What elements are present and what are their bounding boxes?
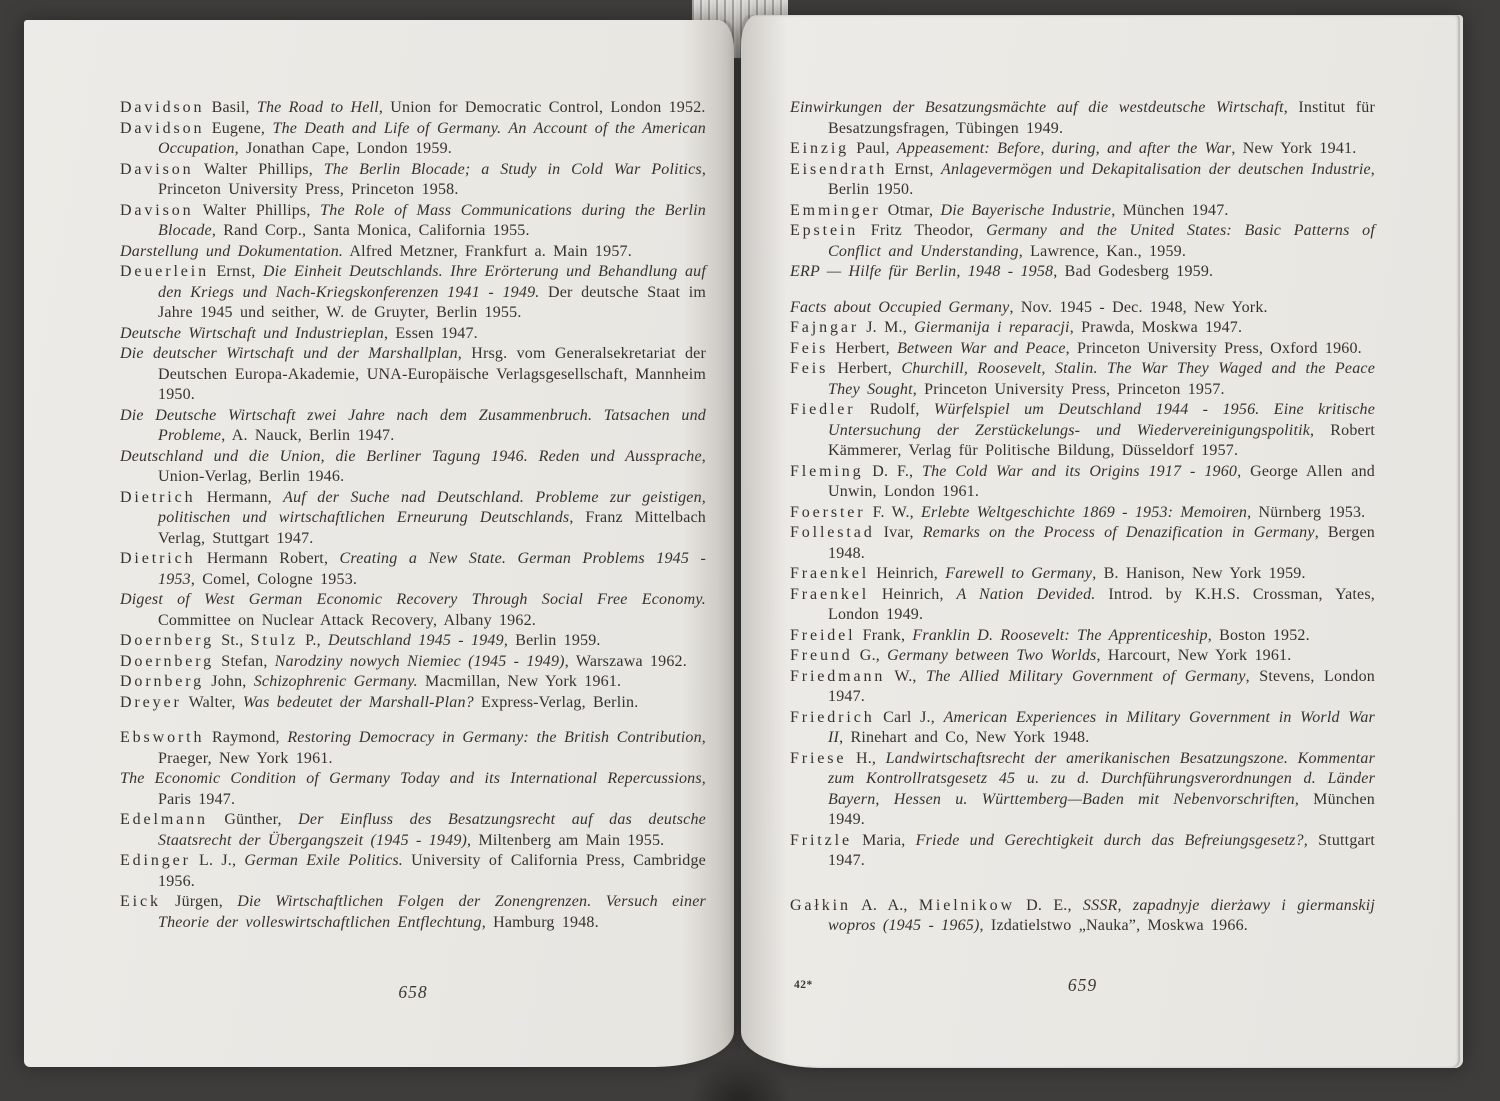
entry-title: Deutsche Wirtschaft und Industrieplan (120, 325, 384, 342)
entry-title: Schizophrenic Germany. (254, 673, 418, 690)
entry-text: Basil, (204, 99, 257, 116)
entry-text: , Jonathan Cape, London 1959. (235, 140, 452, 157)
entry-text: Günther, (208, 811, 298, 828)
bibliography-entry: Fritzle Maria, Friede und Gerechtigkeit … (790, 831, 1375, 872)
entry-text: D. E., (1015, 897, 1083, 914)
bibliography-entry: Deutschland und die Union, die Berliner … (120, 447, 706, 488)
left-page-footer: 658 (120, 982, 706, 1003)
entry-text: G., (853, 647, 888, 664)
bibliography-entry: Follestad Ivar, Remarks on the Process o… (790, 523, 1375, 564)
bibliography-entry: Friedrich Carl J., American Experiences … (790, 708, 1375, 749)
entry-author: Mielnikow (919, 897, 1015, 914)
entry-text: , New York 1941. (1231, 140, 1356, 157)
entry-text: Heinrich, (869, 586, 956, 603)
page-number-right: 659 (1068, 975, 1097, 995)
entry-title: German Exile Politics. (244, 852, 403, 869)
entry-title: Facts about Occupied Germany (790, 299, 1009, 316)
left-page: Davidson Basil, The Road to Hell, Union … (24, 20, 734, 1067)
entry-text: Herbert, (828, 360, 901, 377)
entry-author: Doernberg (120, 632, 214, 649)
entry-author: Emminger (790, 202, 881, 219)
entry-author: Doernberg (120, 653, 214, 670)
entry-title: The Cold War and its Origins 1917 - 1960 (922, 463, 1237, 480)
entry-author: Eick (120, 893, 161, 910)
entry-title: Deutschland 1945 - 1949 (328, 632, 504, 649)
bibliography-entry: Fajngar J. M., Giermanija i reparacji, P… (790, 318, 1375, 339)
entry-text: , Princeton University Press, Oxford 196… (1066, 340, 1362, 357)
bibliography-entry: Davison Walter Phillips, The Berlin Bloc… (120, 160, 706, 201)
entry-title: ERP — Hilfe für Berlin, 1948 - 1958 (790, 263, 1053, 280)
entry-author: Freidel (790, 627, 855, 644)
bibliography-right: Einwirkungen der Besatzungsmächte auf di… (790, 98, 1375, 937)
entry-title: Giermanija i reparacji (914, 319, 1070, 336)
entry-text: H., (846, 750, 885, 767)
entry-text: St., (214, 632, 251, 649)
bibliography-entry: Davidson Basil, The Road to Hell, Union … (120, 98, 706, 119)
entry-text: , Bad Godesberg 1959. (1053, 263, 1213, 280)
bibliography-entry: Die Deutsche Wirtschaft zwei Jahre nach … (120, 406, 706, 447)
entry-title: Appeasement: Before, during, and after t… (897, 140, 1231, 157)
entry-author: Davidson (120, 99, 204, 116)
entry-text: , Nov. 1945 - Dec. 1948, New York. (1009, 299, 1267, 316)
entry-author: Friedmann (790, 668, 885, 685)
entry-author: Edelmann (120, 811, 208, 828)
entry-title: Landwirtschaftsrecht der amerikanischen … (828, 750, 1375, 808)
entry-text: Ivar, (875, 524, 923, 541)
entry-author: Edinger (120, 852, 191, 869)
entry-text: , München 1947. (1111, 202, 1228, 219)
bibliography-entry: Fiedler Rudolf, Würfelspiel um Deutschla… (790, 400, 1375, 462)
entry-text: , Warszawa 1962. (565, 653, 687, 670)
bibliography-entry: Edelmann Günther, Der Einfluss des Besat… (120, 810, 706, 851)
bibliography-entry: Davison Walter Phillips, The Role of Mas… (120, 201, 706, 242)
entry-title: Remarks on the Process of Denazification… (923, 524, 1315, 541)
bibliography-entry: Dietrich Hermann Robert, Creating a New … (120, 549, 706, 590)
entry-author: Davison (120, 161, 194, 178)
entry-title: Darstellung und Dokumentation. (120, 243, 343, 260)
entry-text: Express-Verlag, Berlin. (474, 694, 639, 711)
bibliography-entry: Doernberg Stefan, Narodziny nowych Niemi… (120, 652, 706, 673)
bibliography-entry: Fleming D. F., The Cold War and its Orig… (790, 462, 1375, 503)
entry-title: Between War and Peace (897, 340, 1066, 357)
entry-text: Stefan, (214, 653, 275, 670)
bibliography-entry: Davidson Eugene, The Death and Life of G… (120, 119, 706, 160)
entry-text: Macmillan, New York 1961. (418, 673, 621, 690)
entry-title: Farewell to Germany (945, 565, 1092, 582)
entry-text: Walter, (182, 694, 243, 711)
entry-text: , Harcourt, New York 1961. (1096, 647, 1291, 664)
entry-text: , Boston 1952. (1208, 627, 1310, 644)
entry-text: P., (298, 632, 328, 649)
entry-title: The Berlin Blocade; a Study in Cold War … (324, 161, 702, 178)
entry-title: Restoring Democracy in Germany: the Brit… (287, 729, 701, 746)
entry-author: Fleming (790, 463, 864, 480)
bibliography-entry: Fraenkel Heinrich, Farewell to Germany, … (790, 564, 1375, 585)
bibliography-entry: Digest of West German Economic Recovery … (120, 590, 706, 631)
entry-text: Alfred Metzner, Frankfurt a. Main 1957. (343, 243, 632, 260)
entry-title: The Economic Condition of Germany Today … (120, 770, 702, 787)
entry-author: Deuerlein (120, 263, 209, 280)
bibliography-entry: Einwirkungen der Besatzungsmächte auf di… (790, 98, 1375, 139)
entry-title: Friede und Gerechtigkeit durch das Befre… (916, 832, 1304, 849)
entry-text: Walter Phillips, (194, 202, 321, 219)
right-page-footer: 42* 659 (790, 975, 1375, 996)
entry-author: Fiedler (790, 401, 855, 418)
bibliography-entry: Dietrich Hermann, Auf der Suche nad Deut… (120, 488, 706, 550)
entry-author: Fraenkel (790, 586, 869, 603)
entry-text: Frank, (855, 627, 912, 644)
entry-author: Fajngar (790, 319, 859, 336)
bibliography-entry: Eisendrath Ernst, Anlagevermögen und Dek… (790, 160, 1375, 201)
bibliography-entry: Gałkin A. A., Mielnikow D. E., SSSR, zap… (790, 896, 1375, 937)
bibliography-entry: Dornberg John, Schizophrenic Germany. Ma… (120, 672, 706, 693)
entry-text: J. M., (859, 319, 914, 336)
bibliography-entry: Feis Herbert, Between War and Peace, Pri… (790, 339, 1375, 360)
entry-author: Foerster (790, 504, 865, 521)
entry-text: F. W., (865, 504, 921, 521)
entry-title: Digest of West German Economic Recovery … (120, 591, 706, 608)
entry-text: Carl J., (875, 709, 944, 726)
entry-author: Friese (790, 750, 846, 767)
entry-text: Herbert, (828, 340, 897, 357)
entry-author: Eisendrath (790, 161, 887, 178)
entry-author: Dreyer (120, 694, 182, 711)
entry-author: Friedrich (790, 709, 875, 726)
entry-text: , Miltenberg am Main 1955. (467, 832, 664, 849)
entry-text: , Rinehart and Co, New York 1948. (839, 729, 1089, 746)
bibliography-entry: Edinger L. J., German Exile Politics. Un… (120, 851, 706, 892)
bibliography-entry: Deuerlein Ernst, Die Einheit Deutschland… (120, 262, 706, 324)
bibliography-entry: Friedmann W., The Allied Military Govern… (790, 667, 1375, 708)
entry-text: W., (885, 668, 926, 685)
entry-text: Otmar, (881, 202, 941, 219)
entry-text: Maria, (852, 832, 916, 849)
bibliography-entry: Feis Herbert, Churchill, Roosevelt, Stal… (790, 359, 1375, 400)
bibliography-entry: Eick Jürgen, Die Wirtschaftlichen Folgen… (120, 892, 706, 933)
entry-text: , Comel, Cologne 1953. (191, 571, 357, 588)
bibliography-entry: Doernberg St., Stulz P., Deutschland 194… (120, 631, 706, 652)
entry-text: Committee on Nuclear Attack Recovery, Al… (158, 612, 536, 629)
entry-author: Epstein (790, 222, 858, 239)
entry-text: , A. Nauck, Berlin 1947. (221, 427, 394, 444)
entry-text: D. F., (864, 463, 923, 480)
entry-text: , Princeton University Press, Princeton … (913, 381, 1225, 398)
entry-title: Die Deutsche Wirtschaft zwei Jahre nach … (120, 407, 706, 445)
entry-text: A. A., (851, 897, 919, 914)
entry-text: Walter Phillips, (194, 161, 324, 178)
entry-author: Follestad (790, 524, 875, 541)
bibliography-entry: ERP — Hilfe für Berlin, 1948 - 1958, Bad… (790, 262, 1375, 283)
bibliography-entry: Dreyer Walter, Was bedeutet der Marshall… (120, 693, 706, 714)
signature-mark: 42* (794, 979, 813, 991)
entry-text: Paul, (849, 140, 897, 157)
bibliography-entry: Emminger Otmar, Die Bayerische Industrie… (790, 201, 1375, 222)
bibliography-entry: Freund G., Germany between Two Worlds, H… (790, 646, 1375, 667)
entry-text: , Izdatielstwo „Nauka”, Moskwa 1966. (980, 917, 1248, 934)
entry-text: , Hamburg 1948. (482, 914, 599, 931)
bibliography-entry: Die deutscher Wirtschaft und der Marshal… (120, 344, 706, 406)
entry-author: Einzig (790, 140, 849, 157)
entry-author: Dietrich (120, 489, 195, 506)
entry-text: John, (204, 673, 254, 690)
entry-author: Davison (120, 202, 194, 219)
entry-text: Jürgen, (161, 893, 237, 910)
right-page: Einwirkungen der Besatzungsmächte auf di… (741, 15, 1463, 1068)
bibliography-entry: Deutsche Wirtschaft und Industrieplan, E… (120, 324, 706, 345)
entry-title: Die Wirtschaftlichen Folgen der Zonengre… (158, 893, 706, 931)
entry-text: , Rand Corp., Santa Monica, California 1… (212, 222, 530, 239)
entry-title: A Nation Devided. (956, 586, 1095, 603)
entry-author: Feis (790, 340, 828, 357)
entry-title: Deutschland und die Union, die Berliner … (120, 448, 702, 465)
entry-text: , Prawda, Moskwa 1947. (1070, 319, 1243, 336)
entry-author: Feis (790, 360, 828, 377)
bibliography-entry: Epstein Fritz Theodor, Germany and the U… (790, 221, 1375, 262)
entry-title: Erlebte Weltgeschichte 1869 - 1953: Memo… (921, 504, 1247, 521)
entry-author: Dietrich (120, 550, 195, 567)
entry-text: , Lawrence, Kan., 1959. (1019, 243, 1186, 260)
entry-text: , Essen 1947. (384, 325, 478, 342)
entry-author: Dornberg (120, 673, 204, 690)
entry-title: The Allied Military Government of German… (926, 668, 1246, 685)
entry-author: Freund (790, 647, 853, 664)
entry-author: Gałkin (790, 897, 851, 914)
bibliography-entry: Freidel Frank, Franklin D. Roosevelt: Th… (790, 626, 1375, 647)
bibliography-entry: Friese H., Landwirtschaftsrecht der amer… (790, 749, 1375, 831)
entry-text: , Berlin 1959. (504, 632, 601, 649)
entry-title: Narodziny nowych Niemiec (1945 - 1949) (275, 653, 565, 670)
entry-text: Raymond, (204, 729, 287, 746)
entry-text: , Union for Democratic Control, London 1… (379, 99, 706, 116)
entry-text: Rudolf, (855, 401, 933, 418)
entry-title: Franklin D. Roosevelt: The Apprenticeshi… (912, 627, 1207, 644)
bibliography-entry: Darstellung und Dokumentation. Alfred Me… (120, 242, 706, 263)
entry-text: Hermann, (195, 489, 283, 506)
entry-text: Eugene, (204, 120, 272, 137)
entry-author: Fritzle (790, 832, 852, 849)
entry-text: L. J., (191, 852, 245, 869)
entry-text: , Nürnberg 1953. (1247, 504, 1365, 521)
bibliography-entry: Ebsworth Raymond, Restoring Democracy in… (120, 728, 706, 769)
book-scan: Davidson Basil, The Road to Hell, Union … (0, 0, 1500, 1101)
page-number-left: 658 (398, 982, 427, 1002)
bibliography-entry: The Economic Condition of Germany Today … (120, 769, 706, 810)
entry-author: Stulz (251, 632, 298, 649)
entry-title: Die deutscher Wirtschaft und der Marshal… (120, 345, 458, 362)
entry-text: Heinrich, (869, 565, 945, 582)
entry-title: Anlagevermögen und Dekapitalisation der … (941, 161, 1371, 178)
bibliography-entry: Einzig Paul, Appeasement: Before, during… (790, 139, 1375, 160)
entry-title: The Road to Hell (257, 99, 379, 116)
entry-text: Ernst, (887, 161, 941, 178)
entry-text: , B. Hanison, New York 1959. (1092, 565, 1306, 582)
entry-text: Ernst, (209, 263, 263, 280)
entry-author: Ebsworth (120, 729, 204, 746)
entry-title: Was bedeutet der Marshall-Plan? (243, 694, 474, 711)
entry-title: Germany between Two Worlds (887, 647, 1096, 664)
entry-text: Fritz Theodor, (858, 222, 986, 239)
entry-title: Einwirkungen der Besatzungsmächte auf di… (790, 99, 1284, 116)
entry-author: Fraenkel (790, 565, 869, 582)
entry-title: Die Bayerische Industrie (940, 202, 1111, 219)
bibliography-left: Davidson Basil, The Road to Hell, Union … (120, 98, 706, 933)
entry-author: Davidson (120, 120, 204, 137)
entry-text: Hermann Robert, (195, 550, 339, 567)
bibliography-entry: Foerster F. W., Erlebte Weltgeschichte 1… (790, 503, 1375, 524)
bibliography-entry: Facts about Occupied Germany, Nov. 1945 … (790, 298, 1375, 319)
bibliography-entry: Fraenkel Heinrich, A Nation Devided. Int… (790, 585, 1375, 626)
